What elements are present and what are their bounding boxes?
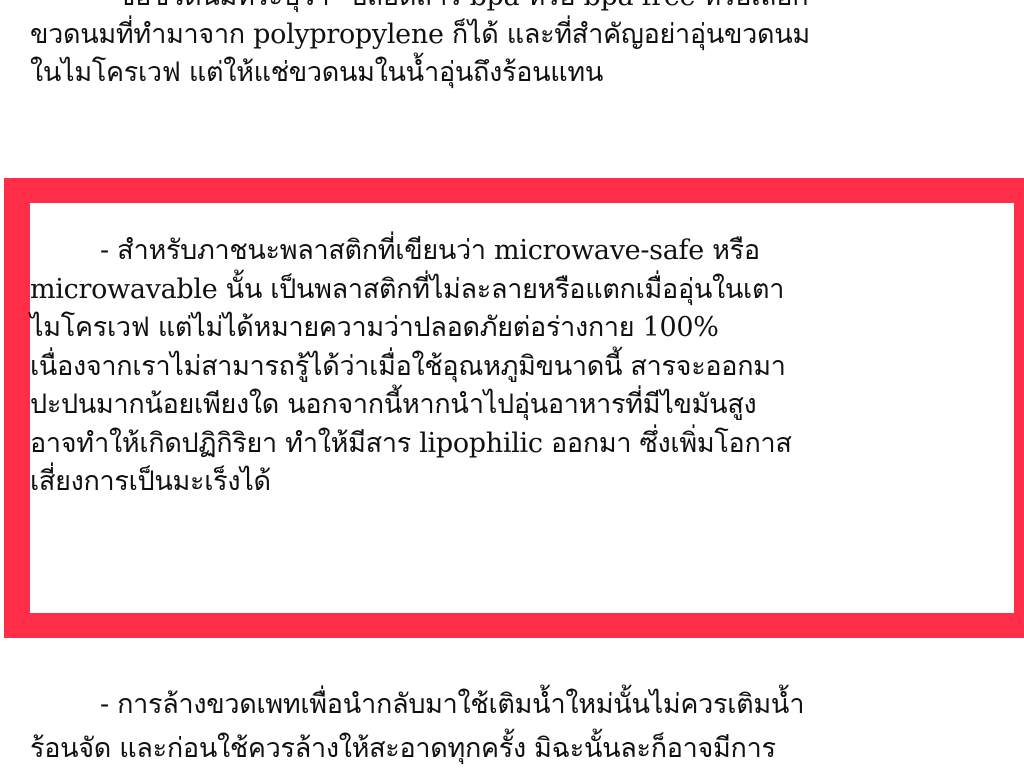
text-line: อาจทำให้เกิดปฏิกิริยา ทำให้มีสาร lipophi… <box>30 425 1010 464</box>
text-line: ไมโครเวฟ แต่ไม่ได้หมายความว่าปลอดภัยต่อร… <box>30 309 1010 348</box>
text-line: microwavable นั้น เป็นพลาสติกที่ไม่ละลาย… <box>30 271 1010 310</box>
text-line: ร้อนจัด และก่อนใช้ควรล้างให้สะอาดทุกครั้… <box>30 727 1010 769</box>
text-line: ขวดนมที่ทำมาจาก polypropylene ก็ได้ และท… <box>30 16 1010 54</box>
bottom-paragraph: - การล้างขวดเพทเพื่อนำกลับมาใช้เติมน้ำให… <box>30 683 1010 769</box>
text-line: เนื่องจากเราไม่สามารถรู้ได้ว่าเมื่อใช้อุ… <box>30 348 1010 387</box>
top-paragraph: - ซื้อขวดนมที่ระบุว่า "ปลอดสาร bpa หรือ … <box>30 0 1010 92</box>
text-line: ในไมโครเวฟ แต่ให้แช่ขวดนมในน้ำอุ่นถึงร้อ… <box>30 54 1010 92</box>
text-line: ปะปนมากน้อยเพียงใด นอกจากนี้หากนำไปอุ่นอ… <box>30 386 1010 425</box>
text-line: - สำหรับภาชนะพลาสติกที่เขียนว่า microwav… <box>30 232 1010 271</box>
text-line: เสี่ยงการเป็นมะเร็งได้ <box>30 463 1010 502</box>
text-line: - ซื้อขวดนมที่ระบุว่า "ปลอดสาร bpa หรือ … <box>30 0 1010 16</box>
text-line: - การล้างขวดเพทเพื่อนำกลับมาใช้เติมน้ำให… <box>30 683 1010 727</box>
highlighted-paragraph: - สำหรับภาชนะพลาสติกที่เขียนว่า microwav… <box>30 232 1010 502</box>
